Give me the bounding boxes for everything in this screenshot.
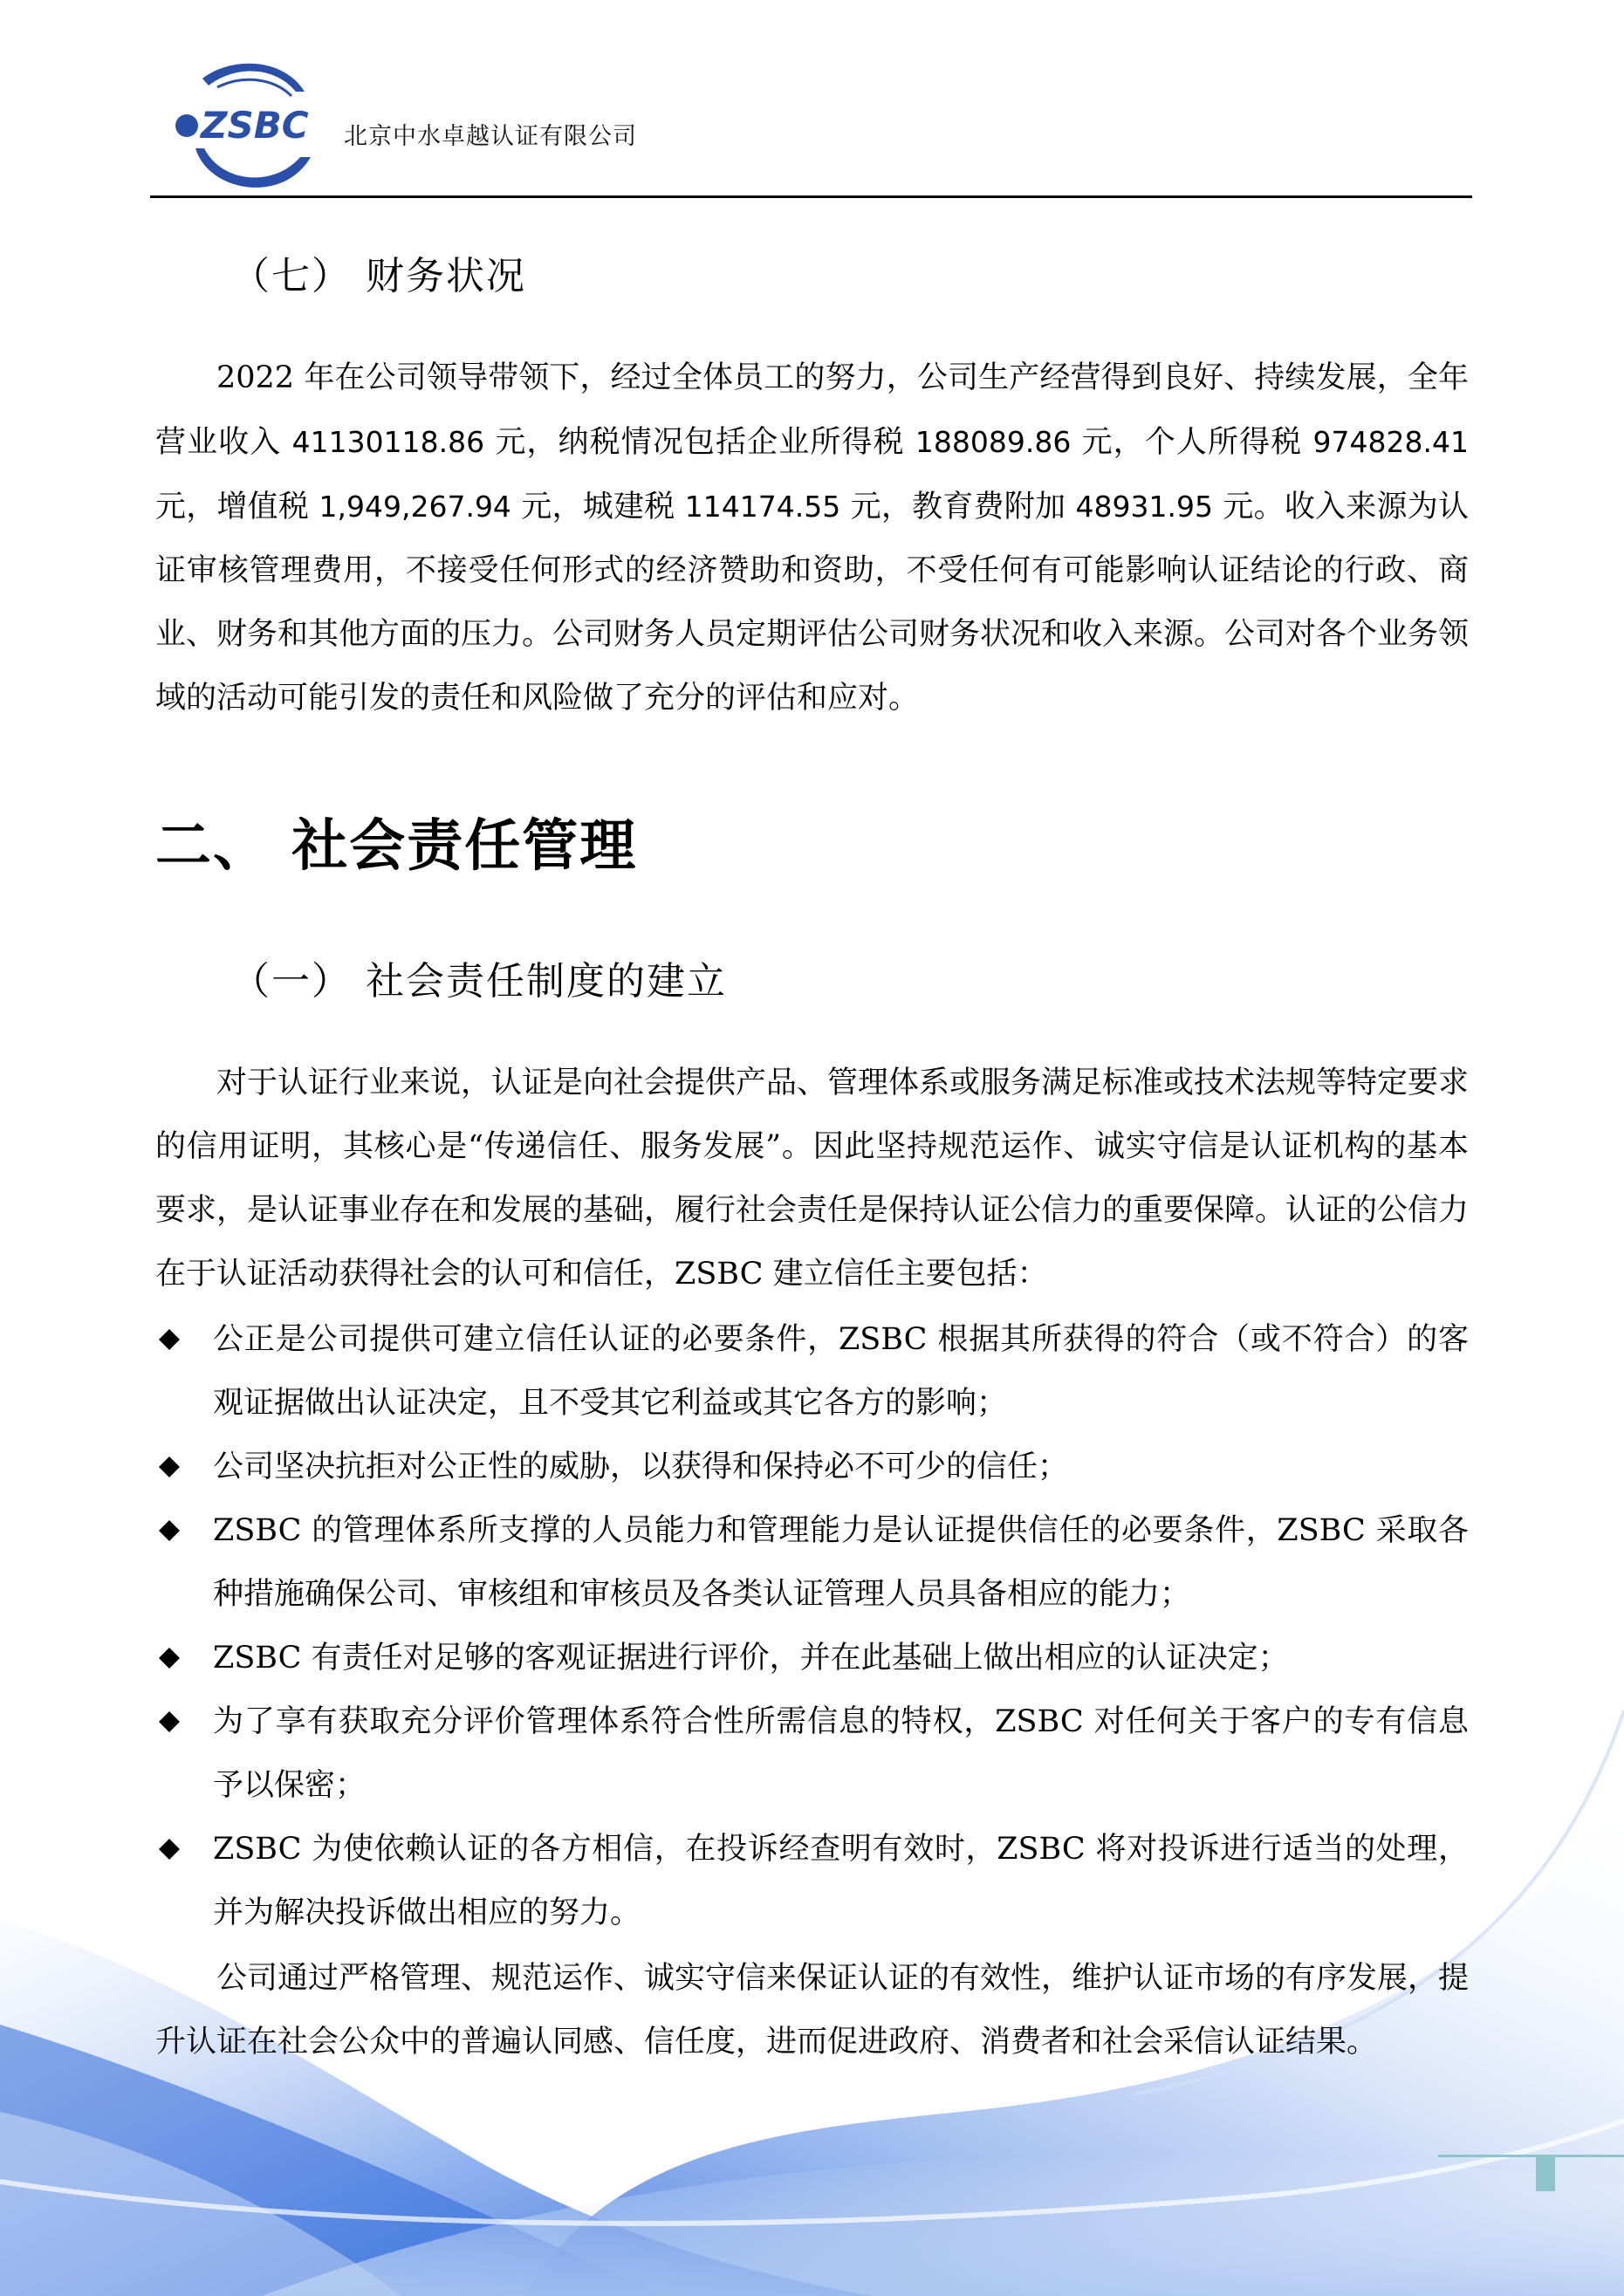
list-item: ZSBC 有责任对足够的客观证据进行评价，并在此基础上做出相应的认证决定； [155, 1627, 1469, 1690]
company-name: 北京中水卓越认证有限公司 [344, 117, 637, 151]
list-item: ZSBC 为使依赖认证的各方相信，在投诉经查明有效时，ZSBC 将对投诉进行适当… [155, 1818, 1469, 1945]
chapter-heading-social-responsibility: 二、 社会责任管理 [155, 801, 637, 881]
closing-paragraph: 公司通过严格管理、规范运作、诚实守信来保证认证的有效性，维护认证市场的有序发展，… [155, 1947, 1469, 2074]
footer-decorative-mark-icon [1438, 2155, 1624, 2202]
finance-paragraph: 2022 年在公司领导带领下，经过全体员工的努力，公司生产经营得到良好、持续发展… [155, 346, 1469, 730]
diamond-bullet-icon [159, 1648, 180, 1669]
intro-paragraph: 对于认证行业来说，认证是向社会提供产品、管理体系或服务满足标准或技术法规等特定要… [155, 1052, 1469, 1306]
vat-value: 1,949,267.94 [319, 490, 511, 524]
list-item: 公司坚决抗拒对公正性的威胁，以获得和保持必不可少的信任； [155, 1436, 1469, 1499]
urban-construction-tax-value: 114174.55 [685, 490, 840, 524]
header-divider [150, 195, 1472, 198]
svg-text:ZSBC: ZSBC [199, 104, 309, 147]
document-page: ZSBC 北京中水卓越认证有限公司 （七） 财务状况 2022 年在公司领导带领… [0, 0, 1624, 2296]
diamond-bullet-icon [159, 1456, 180, 1477]
diamond-bullet-icon [159, 1329, 180, 1350]
personal-income-tax-value: 974828.41 [1313, 425, 1469, 459]
enterprise-income-tax-value: 188089.86 [915, 425, 1071, 459]
subsection-heading-system: （一） 社会责任制度的建立 [231, 949, 727, 1005]
revenue-value: 41130118.86 [292, 425, 484, 459]
diamond-bullet-icon [159, 1839, 180, 1860]
list-item: ZSBC 的管理体系所支撑的人员能力和管理能力是认证提供信任的必要条件，ZSBC… [155, 1499, 1469, 1627]
list-item: 公正是公司提供可建立信任认证的必要条件，ZSBC 根据其所获得的符合（或不符合）… [155, 1308, 1469, 1436]
zsbc-logo-icon: ZSBC [169, 52, 318, 196]
diamond-bullet-icon [159, 1520, 180, 1541]
page-header: ZSBC 北京中水卓越认证有限公司 [150, 52, 1472, 199]
section-heading-finance: （七） 财务状况 [231, 244, 526, 300]
list-item: 为了享有获取充分评价管理体系符合性所需信息的特权，ZSBC 对任何关于客户的专有… [155, 1690, 1469, 1818]
trust-bullet-list: 公正是公司提供可建立信任认证的必要条件，ZSBC 根据其所获得的符合（或不符合）… [155, 1308, 1469, 1945]
education-surcharge-value: 48931.95 [1076, 490, 1213, 524]
diamond-bullet-icon [159, 1711, 180, 1732]
